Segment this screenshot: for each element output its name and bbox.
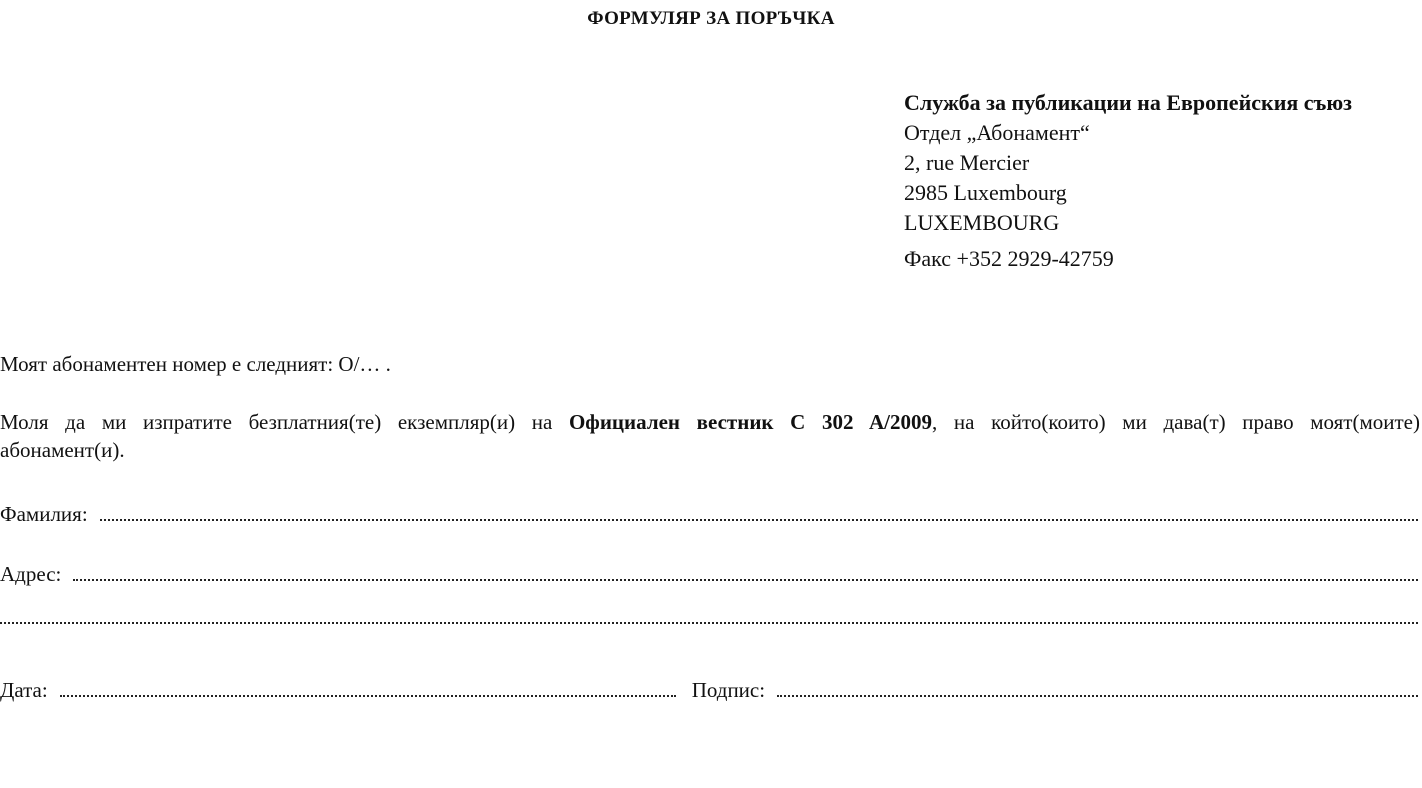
date-signature-row: Дата: Подпис: <box>0 678 1418 703</box>
signature-label: Подпис: <box>692 678 765 703</box>
form-title: ФОРМУЛЯР ЗА ПОРЪЧКА <box>0 8 1422 30</box>
recipient-postal-city: 2985 Luxembourg <box>904 178 1352 208</box>
surname-field[interactable]: Фамилия: <box>0 502 1418 527</box>
subscription-number-line: Моят абонаментен номер е следният: O/… . <box>0 350 391 378</box>
address-field[interactable]: Адрес: <box>0 562 1418 587</box>
recipient-address: Служба за публикации на Европейския съюз… <box>904 88 1352 274</box>
address-field-continued[interactable] <box>0 620 1418 629</box>
recipient-fax: Факс +352 2929-42759 <box>904 244 1352 274</box>
address-dotted-line[interactable] <box>73 577 1418 581</box>
request-text-before: Моля да ми изпратите безплатния(те) екзе… <box>0 410 569 434</box>
address-label: Адрес: <box>0 562 61 587</box>
recipient-department: Отдел „Абонамент“ <box>904 118 1352 148</box>
journal-reference: Официален вестник C 302 A/2009 <box>569 410 932 434</box>
date-label: Дата: <box>0 678 48 703</box>
recipient-street: 2, rue Mercier <box>904 148 1352 178</box>
surname-dotted-line[interactable] <box>100 517 1418 521</box>
surname-label: Фамилия: <box>0 502 88 527</box>
address-dotted-line-2[interactable] <box>0 620 1418 624</box>
date-dotted-line[interactable] <box>60 693 676 697</box>
recipient-country: LUXEMBOURG <box>904 208 1352 238</box>
signature-dotted-line[interactable] <box>777 693 1418 697</box>
request-paragraph: Моля да ми изпратите безплатния(те) екзе… <box>0 408 1420 464</box>
recipient-organization: Служба за публикации на Европейския съюз <box>904 88 1352 118</box>
